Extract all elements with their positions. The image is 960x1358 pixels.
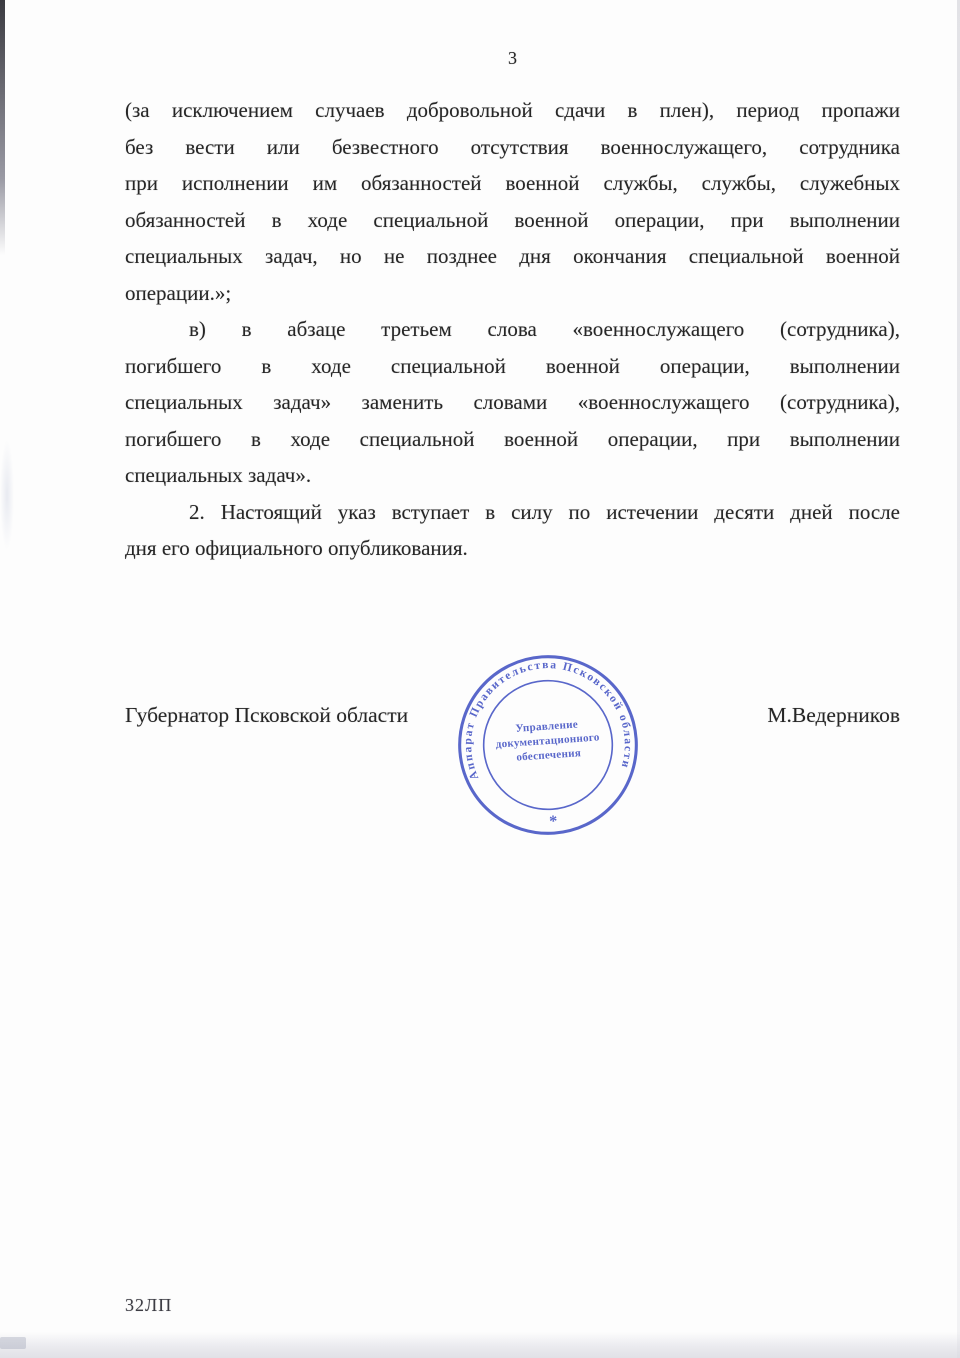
scan-smudge-left: [0, 440, 14, 550]
paragraph-2-line: специальных задач».: [125, 457, 900, 494]
document-body: (за исключением случаев добровольной сда…: [125, 92, 900, 567]
paragraph-1-line: (за исключением случаев добровольной сда…: [125, 92, 900, 129]
footer-code: 32ЛП: [125, 1295, 172, 1316]
stamp-star-symbol: *: [549, 811, 558, 831]
paragraph-2-line: в) в абзаце третьем слова «военнослужаще…: [125, 311, 900, 348]
scan-mark-bottom-left: [0, 1337, 26, 1349]
paragraph-1-line: без вести или безвестного отсутствия вое…: [125, 129, 900, 166]
signature-name: М.Ведерников: [767, 703, 900, 728]
paragraph-1-line: специальных задач, но не позднее дня око…: [125, 238, 900, 275]
paragraph-2-line: погибшего в ходе специальной военной опе…: [125, 421, 900, 458]
scanned-document-page: 3 (за исключением случаев добровольной с…: [0, 0, 960, 1358]
paragraph-2-line: погибшего в ходе специальной военной опе…: [125, 348, 900, 385]
signature-title: Губернатор Псковской области: [125, 703, 408, 728]
scan-edge-artifact-bottom: [0, 1332, 960, 1358]
paragraph-1-line: операции.»;: [125, 275, 900, 312]
paragraph-1-line: при исполнении им обязанностей военной с…: [125, 165, 900, 202]
scan-edge-artifact-left: [0, 0, 5, 255]
paragraph-1-line: обязанностей в ходе специальной военной …: [125, 202, 900, 239]
paragraph-3-line: 2. Настоящий указ вступает в силу по ист…: [125, 494, 900, 531]
official-round-stamp: Аппарат Правительства Псковской области …: [446, 643, 651, 848]
page-number: 3: [125, 48, 900, 69]
paragraph-2-line: специальных задач» заменить словами «вое…: [125, 384, 900, 421]
paragraph-3-line: дня его официального опубликования.: [125, 530, 900, 567]
stamp-center-line: Управление: [515, 719, 578, 735]
stamp-center-line: документационного: [495, 731, 600, 750]
stamp-center-line: обеспечения: [516, 747, 581, 763]
